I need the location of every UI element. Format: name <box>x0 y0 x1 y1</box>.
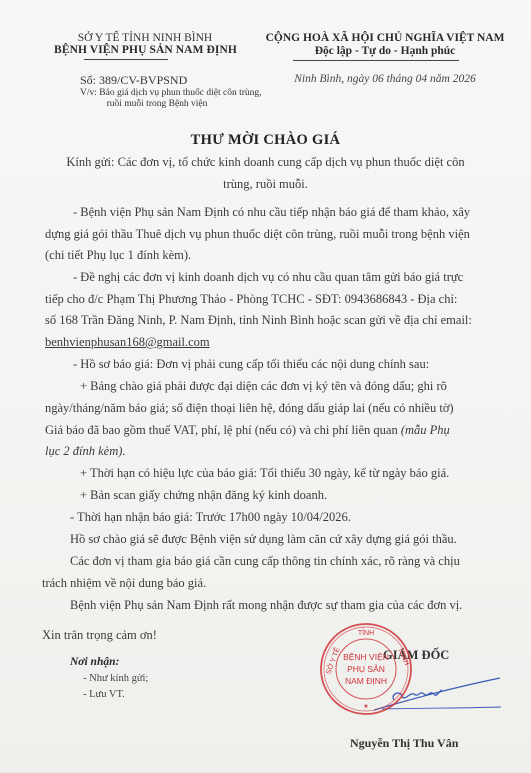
para2-line1: - Đề nghị các đơn vị kinh doanh dịch vụ … <box>73 270 463 285</box>
document-number: Số: 389/CV-BVPSND <box>80 73 187 88</box>
requirement-1-line3: Giá báo đã bao gồm thuế VAT, phí, lệ phí… <box>45 423 450 438</box>
department-name: SỞ Y TẾ TỈNH NINH BÌNH <box>60 32 230 44</box>
quote-requirements-heading: - Hồ sơ báo giá: Đơn vị phải cung cấp tố… <box>73 357 429 372</box>
stamp-line-1: BỆNH VIỆN <box>343 652 389 662</box>
recipients-title: Nơi nhận: <box>70 656 119 668</box>
signer-name: Nguyễn Thị Thu Vân <box>350 736 458 751</box>
subject-line-2: ruồi muỗi trong Bệnh viện <box>77 99 237 109</box>
stamp-star-icon: ★ <box>363 703 368 710</box>
contact-email-link[interactable]: benhvienphusan168@gmail.com <box>45 335 210 350</box>
para2-line2: tiếp cho đ/c Phạm Thị Phương Thảo - Phòn… <box>45 292 457 307</box>
recipient-item: - Như kính gửi; <box>83 673 148 684</box>
stamp-line-3: NAM ĐỊNH <box>345 676 387 686</box>
header-right-underline <box>293 60 459 61</box>
greeting-line-1: Kính gửi: Các đơn vị, tổ chức kinh doanh… <box>0 155 531 170</box>
para1-line2: dựng giá gói thầu Thuê dịch vụ phun thuố… <box>45 227 470 242</box>
stamp-line-2: PHỤ SẢN <box>347 663 385 674</box>
annex-2-reference: (mẫu Phụ <box>401 423 450 437</box>
closing-line: Bệnh viện Phụ sản Nam Định rất mong nhận… <box>70 598 462 613</box>
document-title: THƯ MỜI CHÀO GIÁ <box>0 132 531 149</box>
official-stamp: TỈNH SỞ Y TẾ NINH BỆNH VIỆN PHỤ SẢN NAM … <box>319 622 413 716</box>
requirement-1-line2: ngày/tháng/năm báo giá; số điện thoại li… <box>45 401 454 416</box>
thanks-line: Xin trân trọng cảm ơn! <box>42 628 157 643</box>
header-left-underline <box>84 59 168 60</box>
requirement-1-line1: + Bảng chào giá phải được đại diện các đ… <box>80 379 447 394</box>
para1-line1: - Bệnh viện Phụ sản Nam Định có nhu cầu … <box>73 205 470 220</box>
deadline: - Thời hạn nhận báo giá: Trước 17h00 ngà… <box>70 510 351 525</box>
requirement-2: + Thời hạn có hiệu lực của báo giá: Tối … <box>80 466 449 481</box>
national-motto: Độc lập - Tự do - Hạnh phúc <box>250 45 520 57</box>
greeting-line-2: trùng, ruồi muỗi. <box>0 177 531 192</box>
recipient-item: - Lưu VT. <box>83 689 125 700</box>
annex-2-reference-cont: lục 2 đính kèm). <box>45 444 126 459</box>
requirement-3: + Bản scan giấy chứng nhận đăng ký kinh … <box>80 488 327 503</box>
document-page: SỞ Y TẾ TỈNH NINH BÌNH BỆNH VIỆN PHỤ SẢN… <box>0 0 531 773</box>
stamp-top-text: TỈNH <box>358 628 374 637</box>
para2-line3: số 168 Trần Đăng Ninh, P. Nam Định, tỉnh… <box>45 313 472 328</box>
national-title: CỘNG HOÀ XÃ HỘI CHỦ NGHĨA VIỆT NAM <box>250 32 520 44</box>
requirement-1-line3-text: Giá báo đã bao gồm thuế VAT, phí, lệ phí… <box>45 423 401 437</box>
accuracy-line2: trách nhiệm về nội dung báo giá. <box>42 576 206 591</box>
accuracy-line1: Các đơn vị tham gia báo giá cần cung cấp… <box>70 554 460 569</box>
para1-line3: (chi tiết Phụ lục 1 đính kèm). <box>45 248 191 263</box>
place-date: Ninh Bình, ngày 06 tháng 04 năm 2026 <box>250 73 520 85</box>
usage-note: Hồ sơ chào giá sẽ được Bệnh viện sử dụng… <box>70 532 457 547</box>
subject-line-1: V/v: Báo giá dịch vụ phun thuốc diệt côn… <box>80 88 262 98</box>
organization-name: BỆNH VIỆN PHỤ SẢN NAM ĐỊNH <box>33 44 258 56</box>
